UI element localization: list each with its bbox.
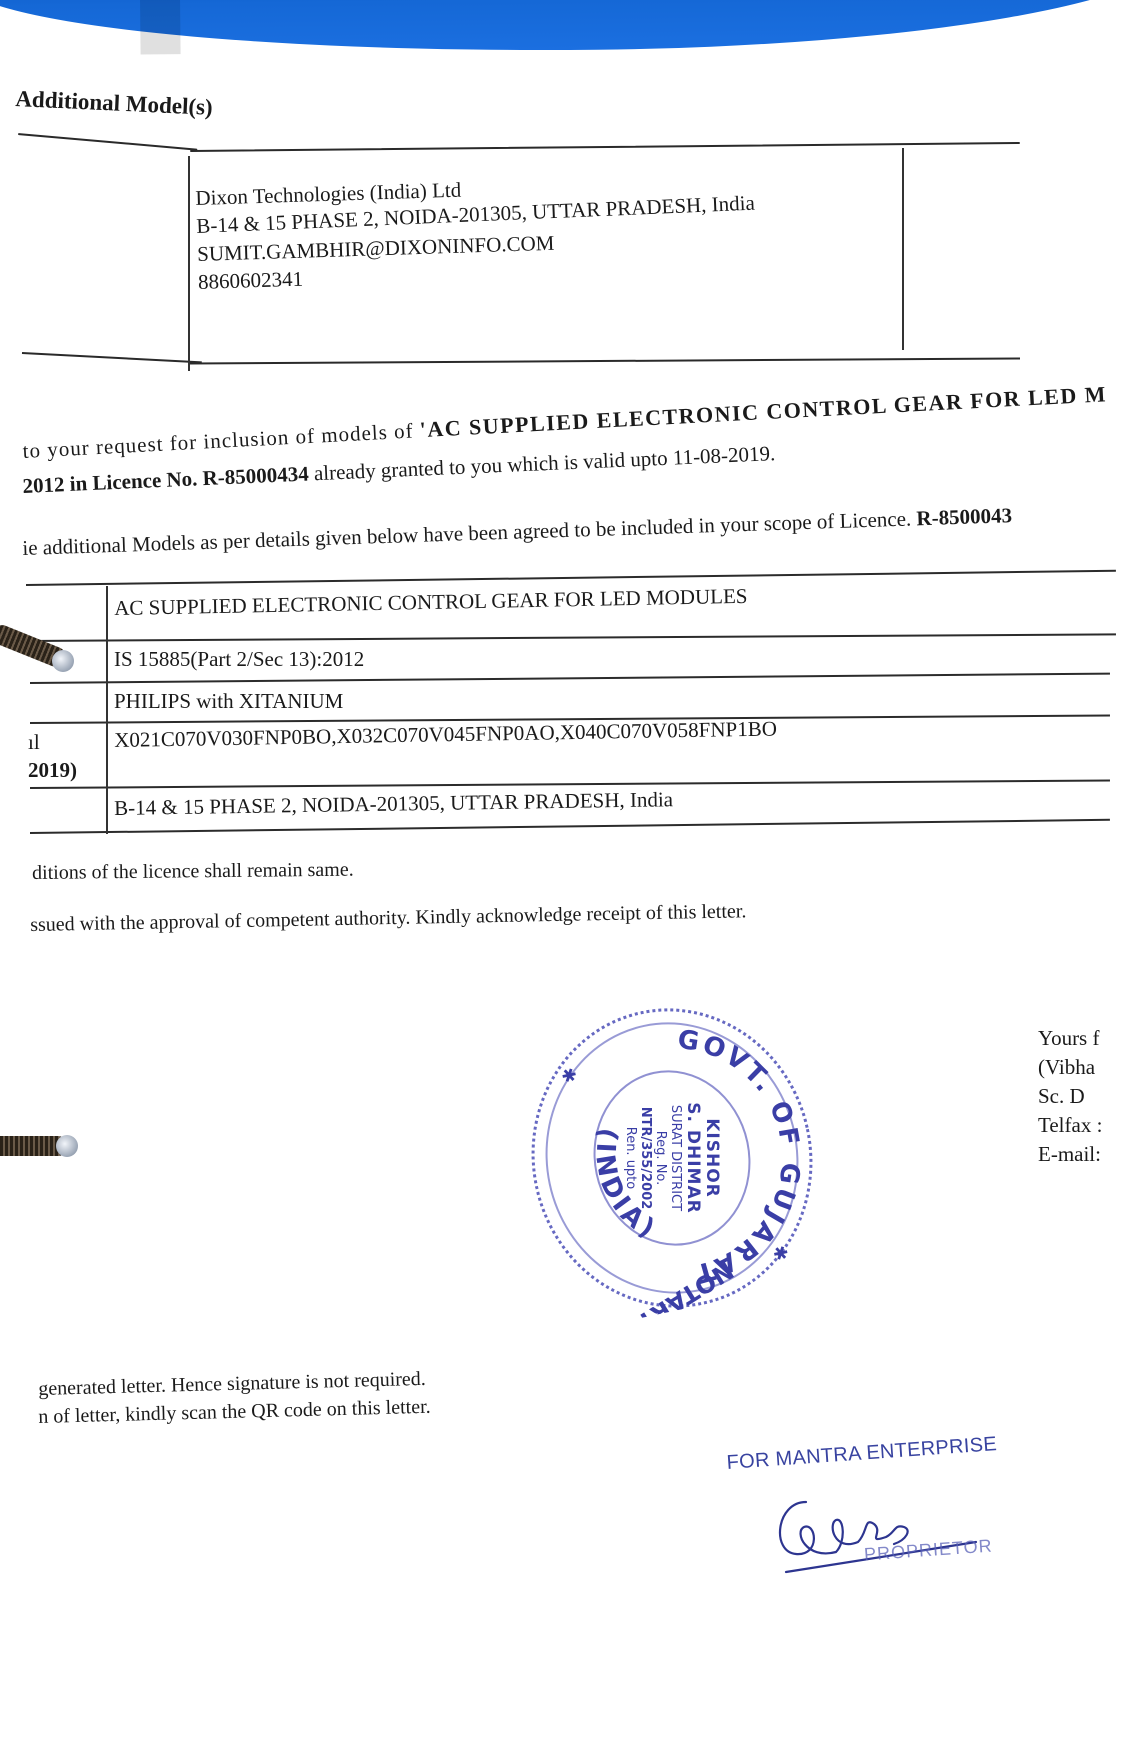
footer-note-line2: n of letter, kindly scan the QR code on … bbox=[38, 1396, 431, 1429]
table-divider bbox=[188, 156, 190, 371]
row-label-fragment: 2019) bbox=[28, 758, 77, 783]
table-border bbox=[190, 142, 1020, 152]
table-divider bbox=[902, 148, 904, 350]
signoff-email: E-mail: bbox=[1038, 1140, 1102, 1169]
approval-paragraph: ssued with the approval of competent aut… bbox=[30, 900, 747, 937]
notary-stamp: GOVT. OF GUJARAT (INDIA) NOTARY ✱ ✱ KISH… bbox=[504, 982, 840, 1334]
stamp-center-text: KISHOR S. DHIMAR SURAT DISTRICT Reg. No.… bbox=[623, 1102, 721, 1213]
row-label-fragment: ıl bbox=[28, 730, 40, 755]
product-cell: AC SUPPLIED ELECTRONIC CONTROL GEAR FOR … bbox=[114, 584, 748, 621]
svg-text:✱: ✱ bbox=[768, 1244, 792, 1263]
table-border bbox=[22, 352, 202, 363]
footer-note-line1: generated letter. Hence signature is not… bbox=[38, 1368, 426, 1401]
signoff-telfax: Telfax : bbox=[1038, 1111, 1102, 1140]
table-border bbox=[30, 673, 1110, 684]
section-title: Additional Model(s) bbox=[15, 86, 213, 121]
standard-cell: IS 15885(Part 2/Sec 13):2012 bbox=[114, 647, 364, 672]
conditions-paragraph: ditions of the licence shall remain same… bbox=[32, 859, 354, 885]
licence-number: 2012 in Licence No. R-85000434 bbox=[22, 462, 309, 498]
manufacturer-details: Dixon Technologies (India) Ltd B-14 & 15… bbox=[195, 166, 757, 296]
signoff-designation: Sc. D bbox=[1038, 1082, 1102, 1111]
binding-ring-cap bbox=[56, 1135, 78, 1157]
table-border bbox=[26, 633, 1116, 641]
company-stamp-name: FOR MANTRA ENTERPRISE bbox=[726, 1433, 998, 1475]
svg-text:✱: ✱ bbox=[556, 1066, 580, 1085]
licence-number-ref: R-8500043 bbox=[916, 503, 1012, 530]
table-divider bbox=[106, 586, 108, 834]
blue-binder-cover bbox=[0, 0, 1125, 56]
table-border bbox=[190, 357, 1020, 364]
svg-text:NOTARY: NOTARY bbox=[631, 1256, 738, 1334]
table-border bbox=[18, 133, 197, 151]
table-border bbox=[30, 819, 1110, 834]
product-name: 'AC SUPPLIED ELECTRONIC CONTROL GEAR FOR… bbox=[419, 381, 1108, 442]
agreement-paragraph: ie additional Models as per details give… bbox=[22, 503, 1012, 561]
scanned-document-page: Additional Model(s) Dixon Technologies (… bbox=[0, 0, 1125, 1754]
table-border bbox=[26, 570, 1116, 586]
brand-cell: PHILIPS with XITANIUM bbox=[114, 689, 343, 714]
address-cell: B-14 & 15 PHASE 2, NOIDA-201305, UTTAR P… bbox=[114, 787, 673, 821]
signoff-closing: Yours f bbox=[1038, 1024, 1102, 1053]
company-stamp: FOR MANTRA ENTERPRISE PROPRIETOR bbox=[726, 1452, 997, 1475]
signoff-block: Yours f (Vibha Sc. D Telfax : E-mail: bbox=[1038, 1024, 1102, 1169]
signoff-name: (Vibha bbox=[1038, 1053, 1102, 1082]
binding-ring-cap bbox=[52, 650, 74, 672]
table-border bbox=[30, 779, 1110, 788]
